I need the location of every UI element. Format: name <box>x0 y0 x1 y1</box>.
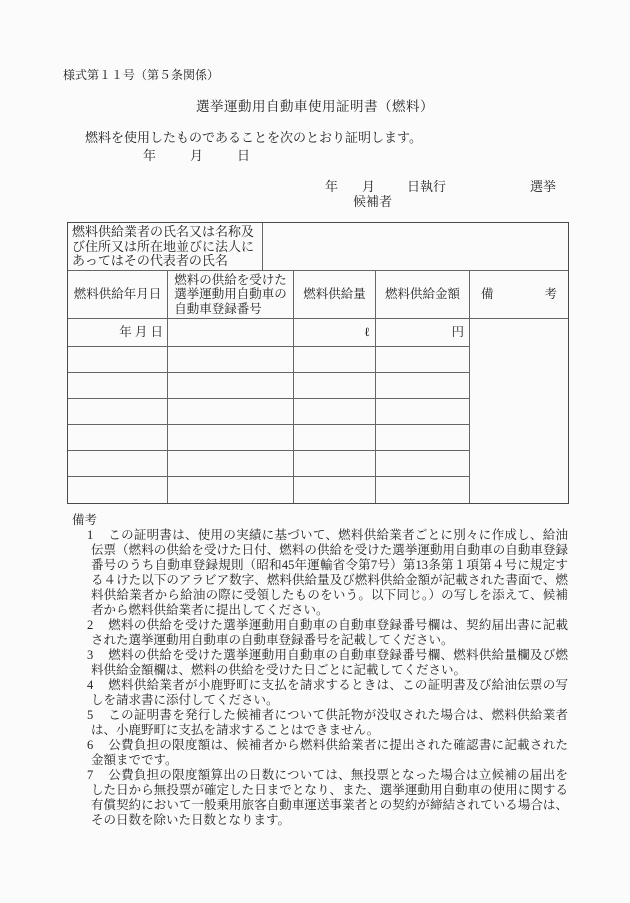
note-text-2: 燃料の供給を受けた選挙運動用自動車の自動車登録番号欄は、契約届出書に記載された選… <box>91 618 568 647</box>
row2-volume-cell <box>294 347 376 373</box>
row4-volume-cell <box>294 399 376 425</box>
form-page: 様式第１１号（第５条関係） 選挙運動用自動車使用証明書（燃料） 燃料を使用したも… <box>0 0 630 903</box>
row7-volume-cell <box>294 477 376 503</box>
header-reg-line-1: 燃料の供給を受けた <box>174 273 287 288</box>
header-remarks-char-1: 備 <box>481 287 494 302</box>
row5-volume-cell <box>294 425 376 451</box>
issue-date-day-label: 日 <box>237 145 250 164</box>
page-title: 選挙運動用自動車使用証明書（燃料） <box>0 95 630 115</box>
note-number-5: 5 <box>87 708 108 723</box>
note-text-5: この証明書を発行した候補者について供託物が没収された場合は、燃料供給業者は、小鹿… <box>91 708 568 737</box>
row3-date-cell <box>68 373 168 399</box>
row4-registration-cell <box>168 399 294 425</box>
note-item-6: 6公費負担の限度額は、候補者から燃料供給業者に提出された確認書に記載された金額ま… <box>87 738 568 768</box>
note-text-7: 公費負担の限度額算出の日数については、無投票となった場合は立候補の届出をした日か… <box>91 768 568 827</box>
exec-date-year-label: 年 <box>325 176 338 195</box>
fuel-supply-table: 燃料供給業者の氏名又は名称及 び住所又は所在地並びに法人に あってはその代表者の… <box>67 222 569 504</box>
row4-date-cell <box>68 399 168 425</box>
notes-label: 備考 <box>72 513 630 528</box>
header-reg-line-3: 自動車登録番号 <box>174 302 287 317</box>
note-number-4: 4 <box>87 678 108 693</box>
election-label: 選挙 <box>530 176 556 195</box>
form-number: 様式第１１号（第５条関係） <box>63 66 219 83</box>
note-number-2: 2 <box>87 618 108 633</box>
note-number-7: 7 <box>87 768 108 783</box>
header-reg-line-2: 選挙運動用自動車の <box>174 287 287 302</box>
note-text-3: 燃料の供給を受けた選挙運動用自動車の自動車登録番号欄、燃料供給量欄及び燃料供給金… <box>91 648 568 677</box>
header-remarks-char-2: 考 <box>544 287 557 302</box>
header-supply-amount: 燃料供給金額 <box>376 271 470 319</box>
note-item-7: 7公費負担の限度額算出の日数については、無投票となった場合は立候補の届出をした日… <box>87 768 568 828</box>
remarks-merged-cell <box>470 319 568 503</box>
note-number-1: 1 <box>87 528 108 543</box>
header-supply-volume: 燃料供給量 <box>294 271 376 319</box>
supplier-name-input-cell <box>263 223 568 271</box>
certify-statement: 燃料を使用したものであることを次のとおり証明します。 <box>85 127 422 146</box>
issue-date-month-label: 月 <box>190 145 203 164</box>
row6-registration-cell <box>168 451 294 477</box>
issue-date-year-label: 年 <box>143 145 156 164</box>
candidate-label: 候補者 <box>353 191 392 210</box>
note-text-6: 公費負担の限度額は、候補者から燃料供給業者に提出された確認書に記載された金額まで… <box>91 738 568 767</box>
row1-volume-cell: ℓ <box>294 319 376 347</box>
exec-date-day-label: 日執行 <box>407 176 446 195</box>
note-text-4: 燃料供給業者が小鹿野町に支払を請求するときは、この証明書及び給油伝票の写しを請求… <box>91 678 568 707</box>
row7-registration-cell <box>168 477 294 503</box>
row5-registration-cell <box>168 425 294 451</box>
row5-date-cell <box>68 425 168 451</box>
note-text-1: この証明書は、使用の実績に基づいて、燃料供給業者ごとに別々に作成し、給油伝票（燃… <box>91 528 568 617</box>
note-item-1: 1この証明書は、使用の実績に基づいて、燃料供給業者ごとに別々に作成し、給油伝票（… <box>87 528 568 618</box>
note-item-5: 5この証明書を発行した候補者について供託物が没収された場合は、燃料供給業者は、小… <box>87 708 568 738</box>
row7-amount-cell <box>376 477 470 503</box>
header-supply-date: 燃料供給年月日 <box>68 271 168 319</box>
supplier-label-line-1: 燃料供給業者の氏名又は名称及 <box>72 225 258 240</box>
note-item-2: 2燃料の供給を受けた選挙運動用自動車の自動車登録番号欄は、契約届出書に記載された… <box>87 618 568 648</box>
row1-amount-cell: 円 <box>376 319 470 347</box>
note-item-3: 3燃料の供給を受けた選挙運動用自動車の自動車登録番号欄、燃料供給量欄及び燃料供給… <box>87 648 568 678</box>
row2-registration-cell <box>168 347 294 373</box>
row1-registration-cell <box>168 319 294 347</box>
row5-amount-cell <box>376 425 470 451</box>
row3-registration-cell <box>168 373 294 399</box>
row2-date-cell <box>68 347 168 373</box>
header-registration-number: 燃料の供給を受けた 選挙運動用自動車の 自動車登録番号 <box>168 271 294 319</box>
note-item-4: 4燃料供給業者が小鹿野町に支払を請求するときは、この証明書及び給油伝票の写しを請… <box>87 678 568 708</box>
row3-amount-cell <box>376 373 470 399</box>
row4-amount-cell <box>376 399 470 425</box>
row6-volume-cell <box>294 451 376 477</box>
header-remarks: 備 考 <box>470 271 568 319</box>
supplier-name-label-cell: 燃料供給業者の氏名又は名称及 び住所又は所在地並びに法人に あってはその代表者の… <box>68 223 263 271</box>
note-number-6: 6 <box>87 738 108 753</box>
row3-volume-cell <box>294 373 376 399</box>
note-number-3: 3 <box>87 648 108 663</box>
row7-date-cell <box>68 477 168 503</box>
notes-section: 備考 1この証明書は、使用の実績に基づいて、燃料供給業者ごとに別々に作成し、給油… <box>0 513 630 828</box>
row6-date-cell <box>68 451 168 477</box>
row1-date-cell: 年 月 日 <box>68 319 168 347</box>
supplier-label-line-3: あってはその代表者の氏名 <box>72 254 258 269</box>
supplier-label-line-2: び住所又は所在地並びに法人に <box>72 240 258 255</box>
row2-amount-cell <box>376 347 470 373</box>
row6-amount-cell <box>376 451 470 477</box>
